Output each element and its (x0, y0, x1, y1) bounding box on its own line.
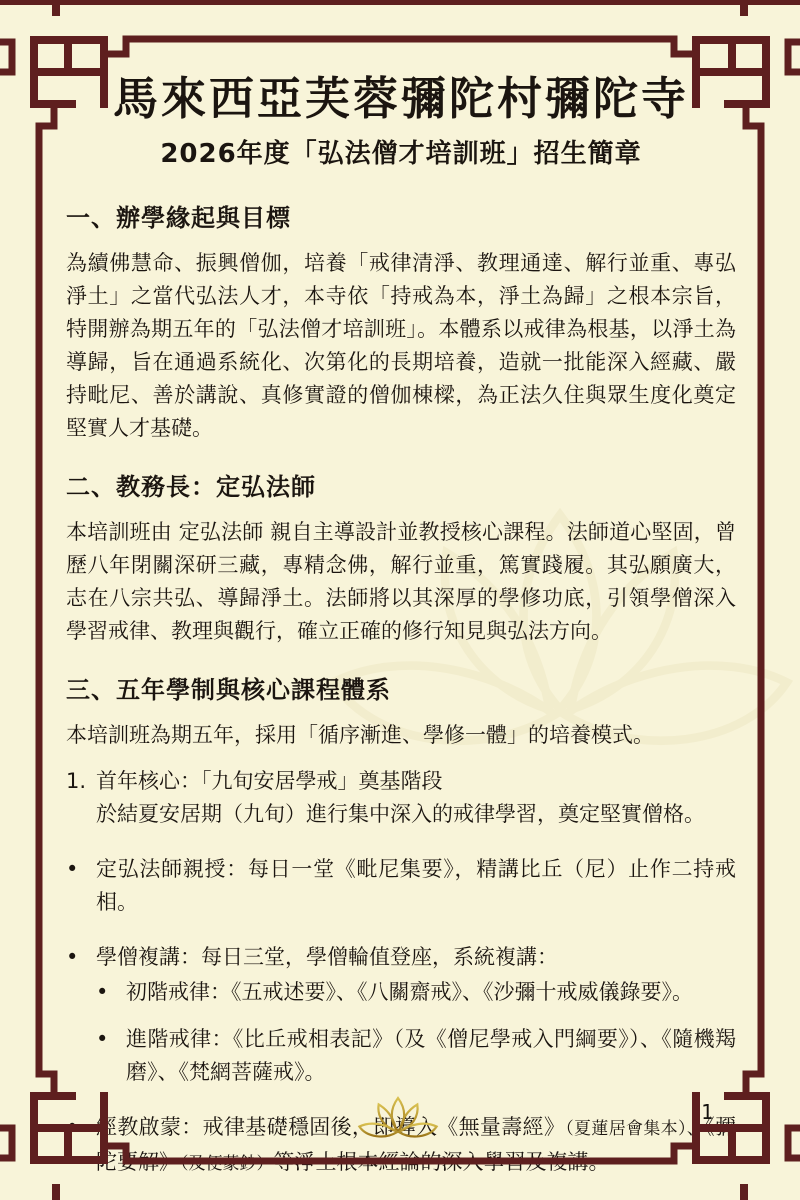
bullet-icon: • (96, 976, 126, 1009)
top-edge-strip (0, 0, 800, 5)
sub-bullet-advanced-precepts: • 進階戒律：《比丘戒相表記》（及《僧尼學戒入門綱要》）、《隨機羯磨》、《梵網菩… (96, 1023, 736, 1089)
bullet-icon: • (66, 941, 96, 974)
bullet-text-part: 等淨土根本經論的深入學習及複講。 (274, 1150, 610, 1174)
section-heading-dean: 二、教務長：定弘法師 (66, 472, 736, 503)
item-number: 1. (66, 765, 96, 831)
bullet-icon: • (66, 1111, 96, 1181)
bullet-icon: • (96, 1023, 126, 1089)
item-line2: 於結夏安居期（九旬）進行集中深入的戒律學習，奠定堅實僧格。 (96, 798, 705, 831)
brochure-page: 馬來西亞芙蓉彌陀村彌陀寺 2026年度「弘法僧才培訓班」招生簡章 一、辦學緣起與… (0, 0, 800, 1200)
section-heading-origin-goals: 一、辦學緣起與目標 (66, 203, 736, 234)
page-subtitle: 2026年度「弘法僧才培訓班」招生簡章 (66, 138, 736, 171)
page-title: 馬來西亞芙蓉彌陀村彌陀寺 (66, 72, 736, 126)
bullet-text-small-note: （夏蓮居會集本）、 (565, 1119, 704, 1139)
lotus-icon (352, 1090, 444, 1152)
bullet-icon: • (66, 853, 96, 919)
bullet-text-small-note: （及便蒙鈔） (180, 1154, 274, 1174)
section-heading-curriculum: 三、五年學制與核心課程體系 (66, 675, 736, 706)
curriculum-item-first-year: 1. 首年核心：「九旬安居學戒」奠基階段 於結夏安居期（九旬）進行集中深入的戒律… (66, 765, 736, 831)
section-body-dean: 本培訓班由 定弘法師 親自主導設計並教授核心課程。法師道心堅固，曾歷八年閉關深研… (66, 516, 736, 648)
section-body-curriculum: 本培訓班為期五年，採用「循序漸進、學修一體」的培養模式。 (66, 719, 736, 752)
bullet-text-part: 經教啟蒙：戒律基礎穩固後，即導入《無量壽經》 (96, 1115, 565, 1139)
section-body-origin-goals: 為續佛慧命、振興僧伽，培養「戒律清淨、教理通達、解行並重、專弘淨土」之當代弘法人… (66, 247, 736, 445)
sub-bullet-text: 初階戒律：《五戒述要》、《八關齋戒》、《沙彌十戒威儀錄要》。 (126, 976, 736, 1009)
bullet-group-relecture: • 學僧複講：每日三堂，學僧輪值登座，系統複講： • 初階戒律：《五戒述要》、《… (66, 941, 736, 1089)
sub-bullet-text: 進階戒律：《比丘戒相表記》（及《僧尼學戒入門綱要》）、《隨機羯磨》、《梵網菩薩戒… (126, 1023, 736, 1089)
document-content: 馬來西亞芙蓉彌陀村彌陀寺 2026年度「弘法僧才培訓班」招生簡章 一、辦學緣起與… (66, 72, 736, 1181)
sub-bullet-basic-precepts: • 初階戒律：《五戒述要》、《八關齋戒》、《沙彌十戒威儀錄要》。 (96, 976, 736, 1009)
bullet-text: 學僧複講：每日三堂，學僧輪值登座，系統複講： (96, 941, 736, 974)
page-number: 1 (694, 1100, 720, 1124)
item-line1: 首年核心：「九旬安居學戒」奠基階段 (96, 765, 705, 798)
bullet-dingkong-teaching: • 定弘法師親授：每日一堂《毗尼集要》，精講比丘（尼）止作二持戒相。 (66, 853, 736, 919)
bullet-text: 定弘法師親授：每日一堂《毗尼集要》，精講比丘（尼）止作二持戒相。 (96, 853, 736, 919)
bullet-monk-relecture: • 學僧複講：每日三堂，學僧輪值登座，系統複講： (66, 941, 736, 974)
